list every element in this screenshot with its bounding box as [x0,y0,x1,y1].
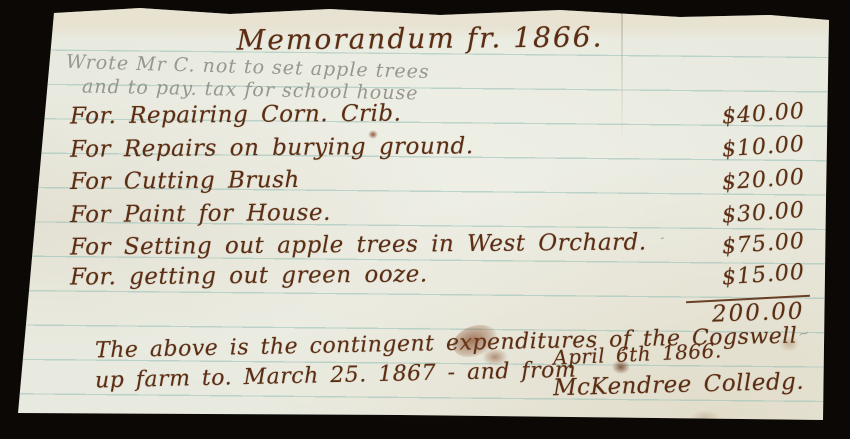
entry-amount: $20.00 [709,165,806,197]
entry-amount: $30.00 [709,198,806,230]
entry-amount: $15.00 [709,260,806,292]
ledger-row: For Setting out apple trees in West Orch… [70,232,805,258]
ledger-row: For. Repairing Corn. Crib. $40.00 [70,102,805,128]
ledger-row: For Repairs on burying ground. $10.00 [70,135,805,161]
ledger-row: For Cutting Brush $20.00 [70,168,805,194]
photo-background: Memorandum fr. 1866. Wrote Mr C. not to … [0,0,850,439]
entry-amount: $40.00 [709,99,806,131]
entry-description: For. Repairing Corn. Crib. [70,101,402,130]
document-title: Memorandum fr. 1866. [210,20,630,57]
ledger-row: For Paint for House. $30.00 [70,201,805,227]
entry-description: For Cutting Brush [70,167,300,195]
entry-description: For Paint for House. [70,200,331,228]
entry-description: For Repairs on burying ground. [70,133,474,163]
document-page: Memorandum fr. 1866. Wrote Mr C. not to … [0,0,850,439]
entry-description: For Setting out apple trees in West Orch… [70,229,647,260]
entry-amount: $10.00 [709,132,806,164]
ledger-row: For. getting out green ooze. $15.00 [70,263,805,289]
entry-description: For. getting out green ooze. [70,261,428,290]
entry-amount: $75.00 [709,229,806,261]
